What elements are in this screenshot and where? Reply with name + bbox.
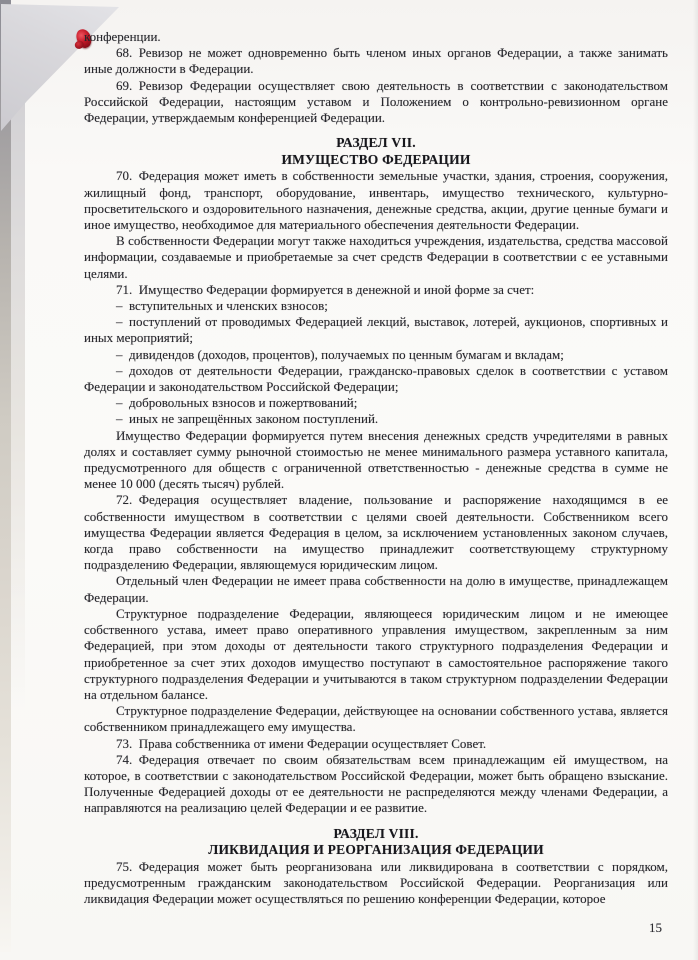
list-item-fees: – вступительных и членских взносов; [84, 298, 668, 314]
paragraph-73: 73. Права собственника от имени Федераци… [84, 736, 668, 752]
page-number: 15 [649, 920, 662, 936]
paragraph-72b: Структурное подразделение Федерации, явл… [84, 606, 668, 703]
section-vii-title: ИМУЩЕСТВО ФЕДЕРАЦИИ [84, 152, 668, 169]
paragraph-72c: Структурное подразделение Федерации, дей… [84, 703, 668, 735]
paragraph-continuation: конференции. [84, 29, 668, 45]
list-item-other: – иных не запрещённых законом поступлени… [84, 411, 668, 427]
section-viii-title: ЛИКВИДАЦИЯ И РЕОРГАНИЗАЦИЯ ФЕДЕРАЦИИ [84, 842, 668, 859]
paragraph-74: 74. Федерация отвечает по своим обязател… [84, 752, 668, 817]
paragraph-75: 75. Федерация может быть реорганизована … [84, 859, 668, 908]
scan-left-edge-shadow [11, 90, 25, 710]
paragraph-70: 70. Федерация может иметь в собственност… [84, 168, 668, 233]
paragraph-72a: Отдельный член Федерации не имеет права … [84, 573, 668, 605]
paragraph-71: 71. Имущество Федерации формируется в де… [84, 282, 668, 298]
document-text-column: конференции. 68. Ревизор не может одновр… [84, 29, 668, 907]
paragraph-capital: Имущество Федерации формируется путем вн… [84, 428, 668, 493]
list-item-donations: – добровольных взносов и пожертвований; [84, 395, 668, 411]
scanned-document-page: конференции. 68. Ревизор не может одновр… [0, 0, 698, 960]
scan-right-edge [693, 0, 698, 960]
paragraph-72: 72. Федерация осуществляет владение, пол… [84, 492, 668, 573]
section-vii-heading: РАЗДЕЛ VII. [84, 135, 668, 152]
paragraph-68: 68. Ревизор не может одновременно быть ч… [84, 45, 668, 77]
section-viii-heading: РАЗДЕЛ VIII. [84, 826, 668, 843]
paragraph-69: 69. Ревизор Федерации осуществляет свою … [84, 78, 668, 127]
scan-left-edge [0, 0, 11, 952]
list-item-proceeds: – поступлений от проводимых Федерацией л… [84, 314, 668, 346]
list-item-income: – доходов от деятельности Федерации, гра… [84, 363, 668, 395]
paragraph-70a: В собственности Федерации могут также на… [84, 233, 668, 282]
list-item-dividends: – дивидендов (доходов, процентов), получ… [84, 347, 668, 363]
